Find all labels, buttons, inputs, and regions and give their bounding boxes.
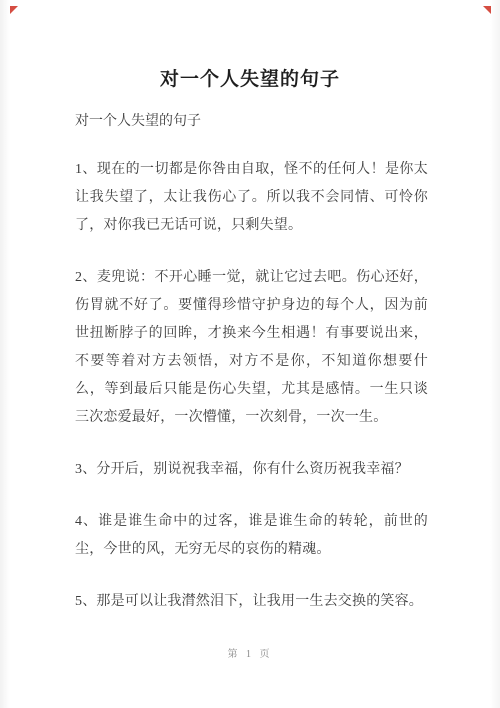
paragraph-2: 2、麦兜说：不开心睡一觉，就让它过去吧。伤心还好，伤胃就不好了。要懂得珍惜守护身… (75, 264, 428, 432)
corner-mark-right-icon (483, 6, 491, 14)
corner-mark-left-icon (10, 6, 18, 14)
page-title: 对一个人失望的句子 (0, 0, 500, 93)
paragraph-3: 3、分开后，别说祝我幸福，你有什么资历祝我幸福？ (75, 456, 428, 484)
subtitle-heading: 对一个人失望的句子 (75, 112, 428, 132)
document-body: 对一个人失望的句子 1、现在的一切都是你咎由自取，怪不的任何人！是你太让我失望了… (0, 112, 500, 616)
paragraph-1: 1、现在的一切都是你咎由自取，怪不的任何人！是你太让我失望了，太让我伤心了。所以… (75, 156, 428, 240)
page-number-label: 第 1 页 (0, 645, 500, 660)
paragraph-4: 4、谁是谁生命中的过客，谁是谁生命的转轮，前世的尘，今世的风，无穷无尽的哀伤的精… (75, 508, 428, 564)
paragraph-5: 5、那是可以让我潸然泪下，让我用一生去交换的笑容。 (75, 588, 428, 616)
document-page: 对一个人失望的句子 对一个人失望的句子 1、现在的一切都是你咎由自取，怪不的任何… (0, 0, 500, 708)
